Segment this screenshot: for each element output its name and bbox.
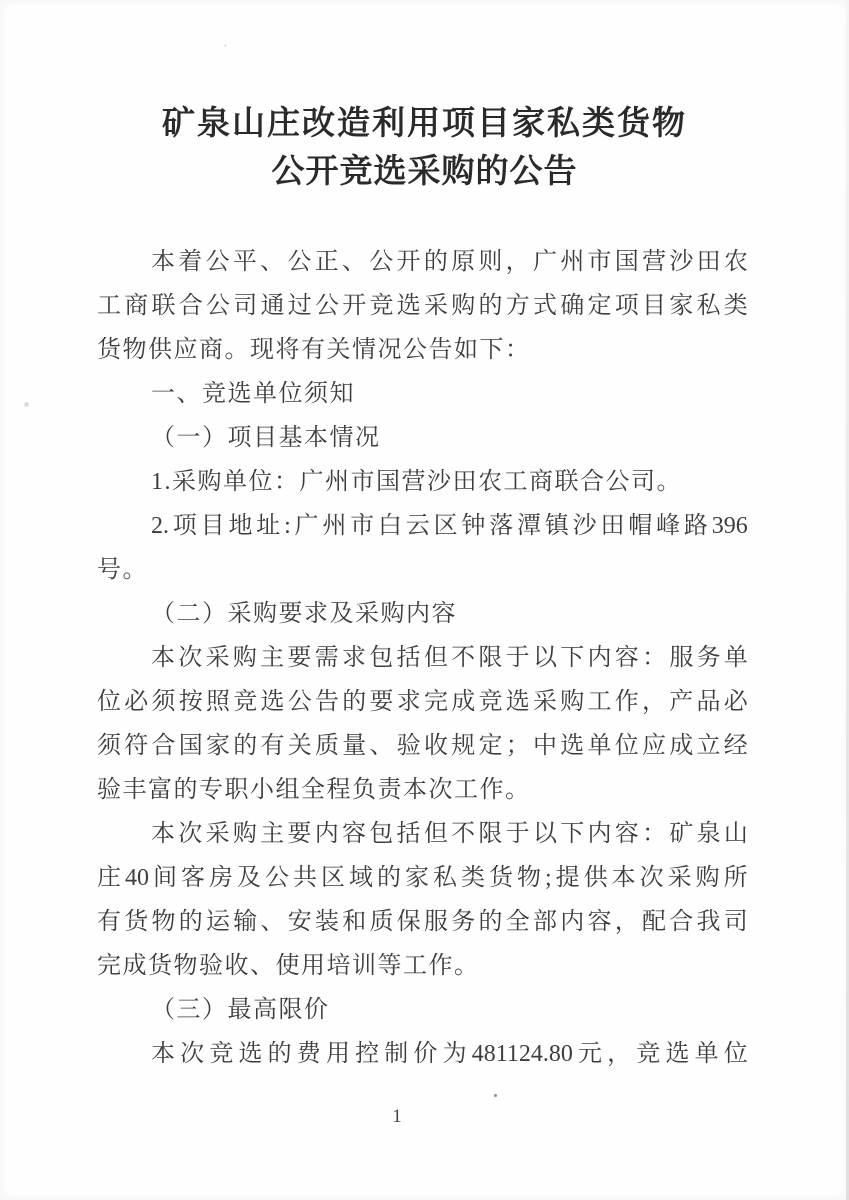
text-line: （三）最高限价 [97, 988, 748, 1032]
document-title: 矿泉山庄改造利用项目家私类货物 公开竞选采购的公告 [0, 100, 849, 196]
text-line: （二）采购要求及采购内容 [97, 592, 748, 636]
text-line: 一、竞选单位须知 [97, 372, 748, 416]
scan-speck [494, 1094, 497, 1097]
text-line: 有货物的运输、安装和质保服务的全部内容，配合我司 [97, 900, 748, 944]
text-line: 工商联合公司通过公开竞选采购的方式确定项目家私类 [97, 284, 748, 328]
text-line: 2.项目地址:广州市白云区钟落潭镇沙田帽峰路396 [97, 504, 748, 548]
text-line: 本次采购主要内容包括但不限于以下内容：矿泉山 [97, 812, 748, 856]
text-line: （一）项目基本情况 [97, 416, 748, 460]
text-line: 货物供应商。现将有关情况公告如下： [97, 328, 748, 372]
text-line: 本着公平、公正、公开的原则，广州市国营沙田农 [97, 240, 748, 284]
document-page: 矿泉山庄改造利用项目家私类货物 公开竞选采购的公告 本着公平、公正、公开的原则，… [0, 0, 849, 1200]
text-line: 须符合国家的有关质量、验收规定；中选单位应成立经 [97, 724, 748, 768]
document-body: 本着公平、公正、公开的原则，广州市国营沙田农工商联合公司通过公开竞选采购的方式确… [97, 240, 748, 1076]
scan-speck [24, 402, 29, 407]
text-line: 本次采购主要需求包括但不限于以下内容：服务单 [97, 636, 748, 680]
text-line: 位必须按照竞选公告的要求完成竞选采购工作，产品必 [97, 680, 748, 724]
text-line: 庄40间客房及公共区域的家私类货物;提供本次采购所 [97, 856, 748, 900]
text-line: 本次竞选的费用控制价为481124.80元，竞选单位 [97, 1032, 748, 1076]
text-line: 1.采购单位：广州市国营沙田农工商联合公司。 [97, 460, 748, 504]
document-title-line-2: 公开竞选采购的公告 [0, 148, 849, 196]
text-line: 验丰富的专职小组全程负责本次工作。 [97, 768, 748, 812]
page-number: 1 [377, 1106, 417, 1128]
document-title-line-1: 矿泉山庄改造利用项目家私类货物 [0, 100, 849, 148]
text-line: 完成货物验收、使用培训等工作。 [97, 944, 748, 988]
text-line: 号。 [97, 548, 748, 592]
scan-speck [224, 44, 227, 47]
